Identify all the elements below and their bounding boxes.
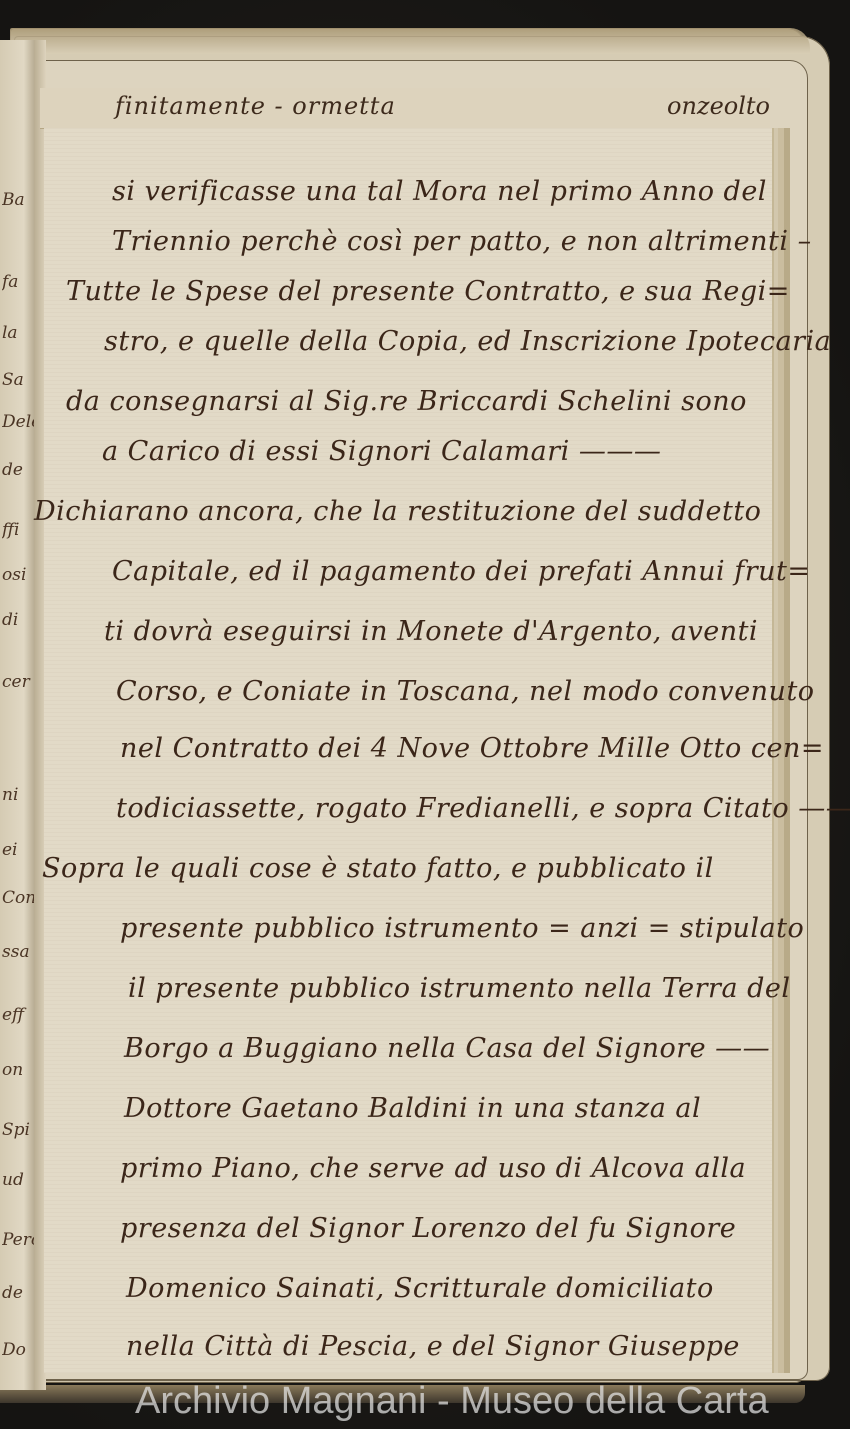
text-line: nella Città di Pescia, e del Signor Gius… bbox=[126, 1331, 740, 1362]
margin-fragment: la bbox=[2, 323, 34, 343]
text-line: ti dovrà eseguirsi in Monete d'Argento, … bbox=[104, 616, 758, 647]
text-line: a Carico di essi Signori Calamari ——— bbox=[102, 436, 661, 467]
text-line: Domenico Sainati, Scritturale domiciliat… bbox=[126, 1273, 714, 1304]
text-line: Dottore Gaetano Baldini in una stanza al bbox=[124, 1093, 701, 1124]
text-line: presenza del Signor Lorenzo del fu Signo… bbox=[120, 1213, 736, 1244]
previous-leaf-fragment: finitamente - ormetta onzeolto bbox=[40, 88, 770, 129]
margin-fragment: cer bbox=[2, 672, 34, 692]
manuscript-page: si verificasse una tal Mora nel primo An… bbox=[44, 128, 774, 1373]
margin-fragment: Do bbox=[2, 1340, 34, 1360]
top-fragment-text-right: onzeolto bbox=[667, 92, 770, 120]
margin-fragment: di bbox=[2, 610, 34, 630]
text-line: il presente pubblico istrumento nella Te… bbox=[128, 973, 791, 1004]
margin-fragment: fa bbox=[2, 272, 34, 292]
text-line: Sopra le quali cose è stato fatto, e pub… bbox=[42, 853, 714, 884]
text-line: Capitale, ed il pagamento dei prefati An… bbox=[112, 556, 810, 587]
margin-fragment: Spi bbox=[2, 1120, 34, 1140]
margin-fragment: Sa bbox=[2, 370, 34, 390]
margin-fragment: osi bbox=[2, 565, 34, 585]
text-line: Corso, e Coniate in Toscana, nel modo co… bbox=[116, 676, 815, 707]
text-line: Triennio perchè così per patto, e non al… bbox=[112, 226, 812, 257]
margin-fragment: eff bbox=[2, 1005, 34, 1025]
text-line: da consegnarsi al Sig.re Briccardi Schel… bbox=[66, 386, 747, 417]
margin-fragment: de bbox=[2, 460, 34, 480]
top-fragment-text: finitamente - ormetta bbox=[115, 92, 396, 120]
margin-fragment: de bbox=[2, 1283, 34, 1303]
text-line: stro, e quelle della Copia, ed Inscrizio… bbox=[104, 326, 831, 357]
margin-fragment: ud bbox=[2, 1170, 34, 1190]
text-line: si verificasse una tal Mora nel primo An… bbox=[112, 176, 767, 207]
margin-fragment: ssa bbox=[2, 942, 34, 962]
text-line: presente pubblico istrumento = anzi = st… bbox=[120, 913, 804, 944]
text-line: Tutte le Spese del presente Contratto, e… bbox=[66, 276, 790, 307]
margin-fragment: ei bbox=[2, 840, 34, 860]
text-line: primo Piano, che serve ad uso di Alcova … bbox=[120, 1153, 746, 1184]
margin-fragment: Pero bbox=[2, 1230, 34, 1250]
torn-top-edge bbox=[10, 28, 810, 54]
text-line: Dichiarano ancora, che la restituzione d… bbox=[34, 496, 761, 527]
text-line: todiciassette, rogato Fredianelli, e sop… bbox=[116, 793, 850, 824]
margin-fragment: Ba bbox=[2, 190, 34, 210]
previous-page-strip: Ba fa la Sa Dele de ffi osi di cer ni ei… bbox=[0, 40, 35, 1390]
margin-fragment: Dele bbox=[2, 412, 34, 432]
margin-fragment: ffi bbox=[2, 520, 34, 540]
margin-fragment: Con bbox=[2, 888, 34, 908]
margin-fragment: ni bbox=[2, 785, 34, 805]
margin-fragment: on bbox=[2, 1060, 34, 1080]
text-line: Borgo a Buggiano nella Casa del Signore … bbox=[124, 1033, 770, 1064]
archive-watermark: Archivio Magnani - Museo della Carta bbox=[135, 1380, 769, 1423]
text-line: nel Contratto dei 4 Nove Ottobre Mille O… bbox=[120, 733, 824, 764]
